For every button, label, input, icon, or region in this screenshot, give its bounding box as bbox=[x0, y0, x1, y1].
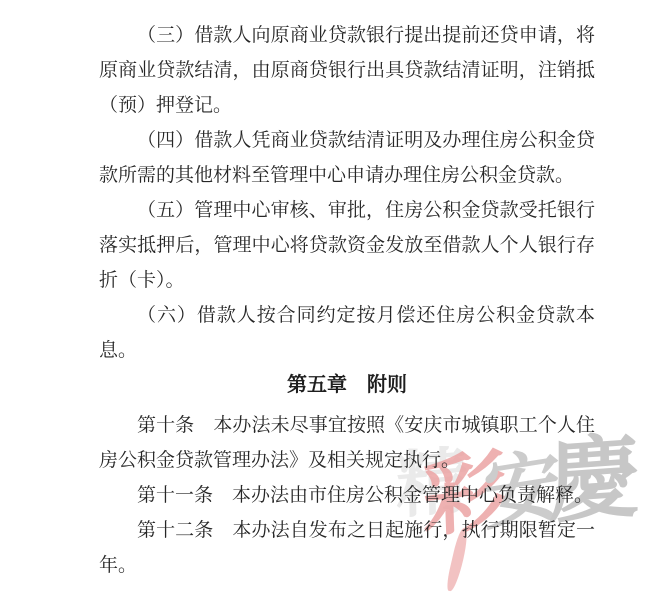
chapter-heading: 第五章 附则 bbox=[99, 368, 595, 403]
paragraph-item-4: （四）借款人凭商业贷款结清证明及办理住房公积金贷款所需的其他材料至管理中心申请办… bbox=[99, 123, 595, 193]
paragraph-item-3: （三）借款人向原商业贷款银行提出提前还贷申请，将原商业贷款结清，由原商贷银行出具… bbox=[99, 18, 595, 123]
document-page: 精 彩 安 慶 （三）借款人向原商业贷款银行提出提前还贷申请，将原商业贷款结清，… bbox=[0, 0, 671, 608]
paragraph-item-5: （五）管理中心审核、审批，住房公积金贷款受托银行落实抵押后，管理中心将贷款资金发… bbox=[99, 193, 595, 298]
article-10: 第十条 本办法未尽事宜按照《安庆市城镇职工个人住房公积金贷款管理办法》及相关规定… bbox=[99, 408, 595, 478]
document-content: （三）借款人向原商业贷款银行提出提前还贷申请，将原商业贷款结清，由原商贷银行出具… bbox=[0, 0, 595, 583]
article-11: 第十一条 本办法由市住房公积金管理中心负责解释。 bbox=[99, 478, 595, 513]
article-12: 第十二条 本办法自发布之日起施行，执行期限暂定一年。 bbox=[99, 513, 595, 583]
paragraph-item-6: （六）借款人按合同约定按月偿还住房公积金贷款本息。 bbox=[99, 298, 595, 368]
